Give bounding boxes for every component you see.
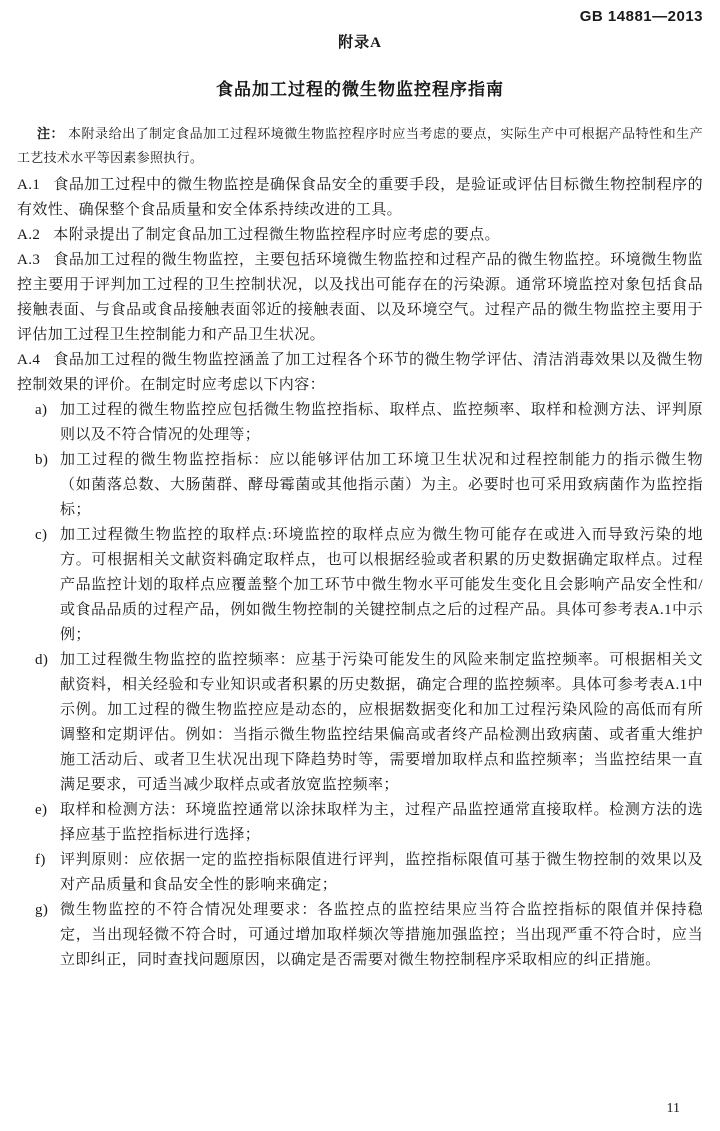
- list-item-c-marker: c): [35, 523, 47, 548]
- clause-a3-text: 食品加工过程的微生物监控，主要包括环境微生物监控和过程产品的微生物监控。环境微生…: [17, 252, 703, 343]
- standard-number: GB 14881—2013: [580, 8, 703, 25]
- list-item-a-text: 加工过程的微生物监控应包括微生物监控指标、取样点、监控频率、取样和检测方法、评判…: [60, 402, 703, 443]
- list-item-c: c)加工过程微生物监控的取样点:环境监控的取样点应为微生物可能存在或进入而导致污…: [17, 523, 703, 648]
- appendix-title: 食品加工过程的微生物监控程序指南: [17, 75, 703, 100]
- list-item-d-text: 加工过程微生物监控的监控频率：应基于污染可能发生的风险来制定监控频率。可根据相关…: [60, 652, 703, 793]
- clause-a4-list: a)加工过程的微生物监控应包括微生物监控指标、取样点、监控频率、取样和检测方法、…: [17, 398, 703, 973]
- list-item-c-text: 加工过程微生物监控的取样点:环境监控的取样点应为微生物可能存在或进入而导致污染的…: [60, 527, 703, 643]
- clause-a4-number: A.4: [17, 352, 40, 368]
- list-item-d: d)加工过程微生物监控的监控频率：应基于污染可能发生的风险来制定监控频率。可根据…: [17, 648, 703, 798]
- clause-a1-number: A.1: [17, 177, 40, 193]
- clause-a2-text: 本附录提出了制定食品加工过程微生物监控程序时应考虑的要点。: [53, 227, 500, 243]
- list-item-a: a)加工过程的微生物监控应包括微生物监控指标、取样点、监控频率、取样和检测方法、…: [17, 398, 703, 448]
- list-item-b-text: 加工过程的微生物监控指标：应以能够评估加工环境卫生状况和过程控制能力的指示微生物…: [60, 452, 703, 518]
- note-text: 本附录给出了制定食品加工过程环境微生物监控程序时应当考虑的要点，实际生产中可根据…: [17, 126, 703, 165]
- list-item-b: b)加工过程的微生物监控指标：应以能够评估加工环境卫生状况和过程控制能力的指示微…: [17, 448, 703, 523]
- document-page: GB 14881—2013 附录A 食品加工过程的微生物监控程序指南 注：本附录…: [0, 0, 720, 1131]
- list-item-d-marker: d): [35, 648, 48, 673]
- list-item-f: f)评判原则：应依据一定的监控指标限值进行评判，监控指标限值可基于微生物控制的效…: [17, 848, 703, 898]
- list-item-g-marker: g): [35, 898, 48, 923]
- list-item-f-text: 评判原则：应依据一定的监控指标限值进行评判，监控指标限值可基于微生物控制的效果以…: [60, 852, 703, 893]
- list-item-f-marker: f): [35, 848, 46, 873]
- list-item-g-text: 微生物监控的不符合情况处理要求：各监控点的监控结果应当符合监控指标的限值并保持稳…: [60, 902, 703, 968]
- page-number: 11: [667, 1101, 680, 1117]
- list-item-g: g)微生物监控的不符合情况处理要求：各监控点的监控结果应当符合监控指标的限值并保…: [17, 898, 703, 973]
- list-item-b-marker: b): [35, 448, 48, 473]
- list-item-e: e)取样和检测方法：环境监控通常以涂抹取样为主，过程产品监控通常直接取样。检测方…: [17, 798, 703, 848]
- clause-a1: A.1食品加工过程中的微生物监控是确保食品安全的重要手段，是验证或评估目标微生物…: [17, 173, 703, 223]
- clause-a2-number: A.2: [17, 227, 40, 243]
- clause-a3: A.3食品加工过程的微生物监控，主要包括环境微生物监控和过程产品的微生物监控。环…: [17, 248, 703, 348]
- clause-a4-text: 食品加工过程的微生物监控涵盖了加工过程各个环节的微生物学评估、清洁消毒效果以及微…: [17, 352, 703, 393]
- page-content: 附录A 食品加工过程的微生物监控程序指南 注：本附录给出了制定食品加工过程环境微…: [0, 0, 720, 973]
- note-paragraph: 注：本附录给出了制定食品加工过程环境微生物监控程序时应当考虑的要点，实际生产中可…: [17, 122, 703, 170]
- clause-a4: A.4食品加工过程的微生物监控涵盖了加工过程各个环节的微生物学评估、清洁消毒效果…: [17, 348, 703, 398]
- list-item-e-marker: e): [35, 798, 47, 823]
- note-label: 注：: [37, 126, 64, 141]
- clause-a2: A.2本附录提出了制定食品加工过程微生物监控程序时应考虑的要点。: [17, 223, 703, 248]
- list-item-e-text: 取样和检测方法：环境监控通常以涂抹取样为主，过程产品监控通常直接取样。检测方法的…: [60, 802, 703, 843]
- list-item-a-marker: a): [35, 398, 47, 423]
- clause-a3-number: A.3: [17, 252, 40, 268]
- clause-a1-text: 食品加工过程中的微生物监控是确保食品安全的重要手段，是验证或评估目标微生物控制程…: [17, 177, 703, 218]
